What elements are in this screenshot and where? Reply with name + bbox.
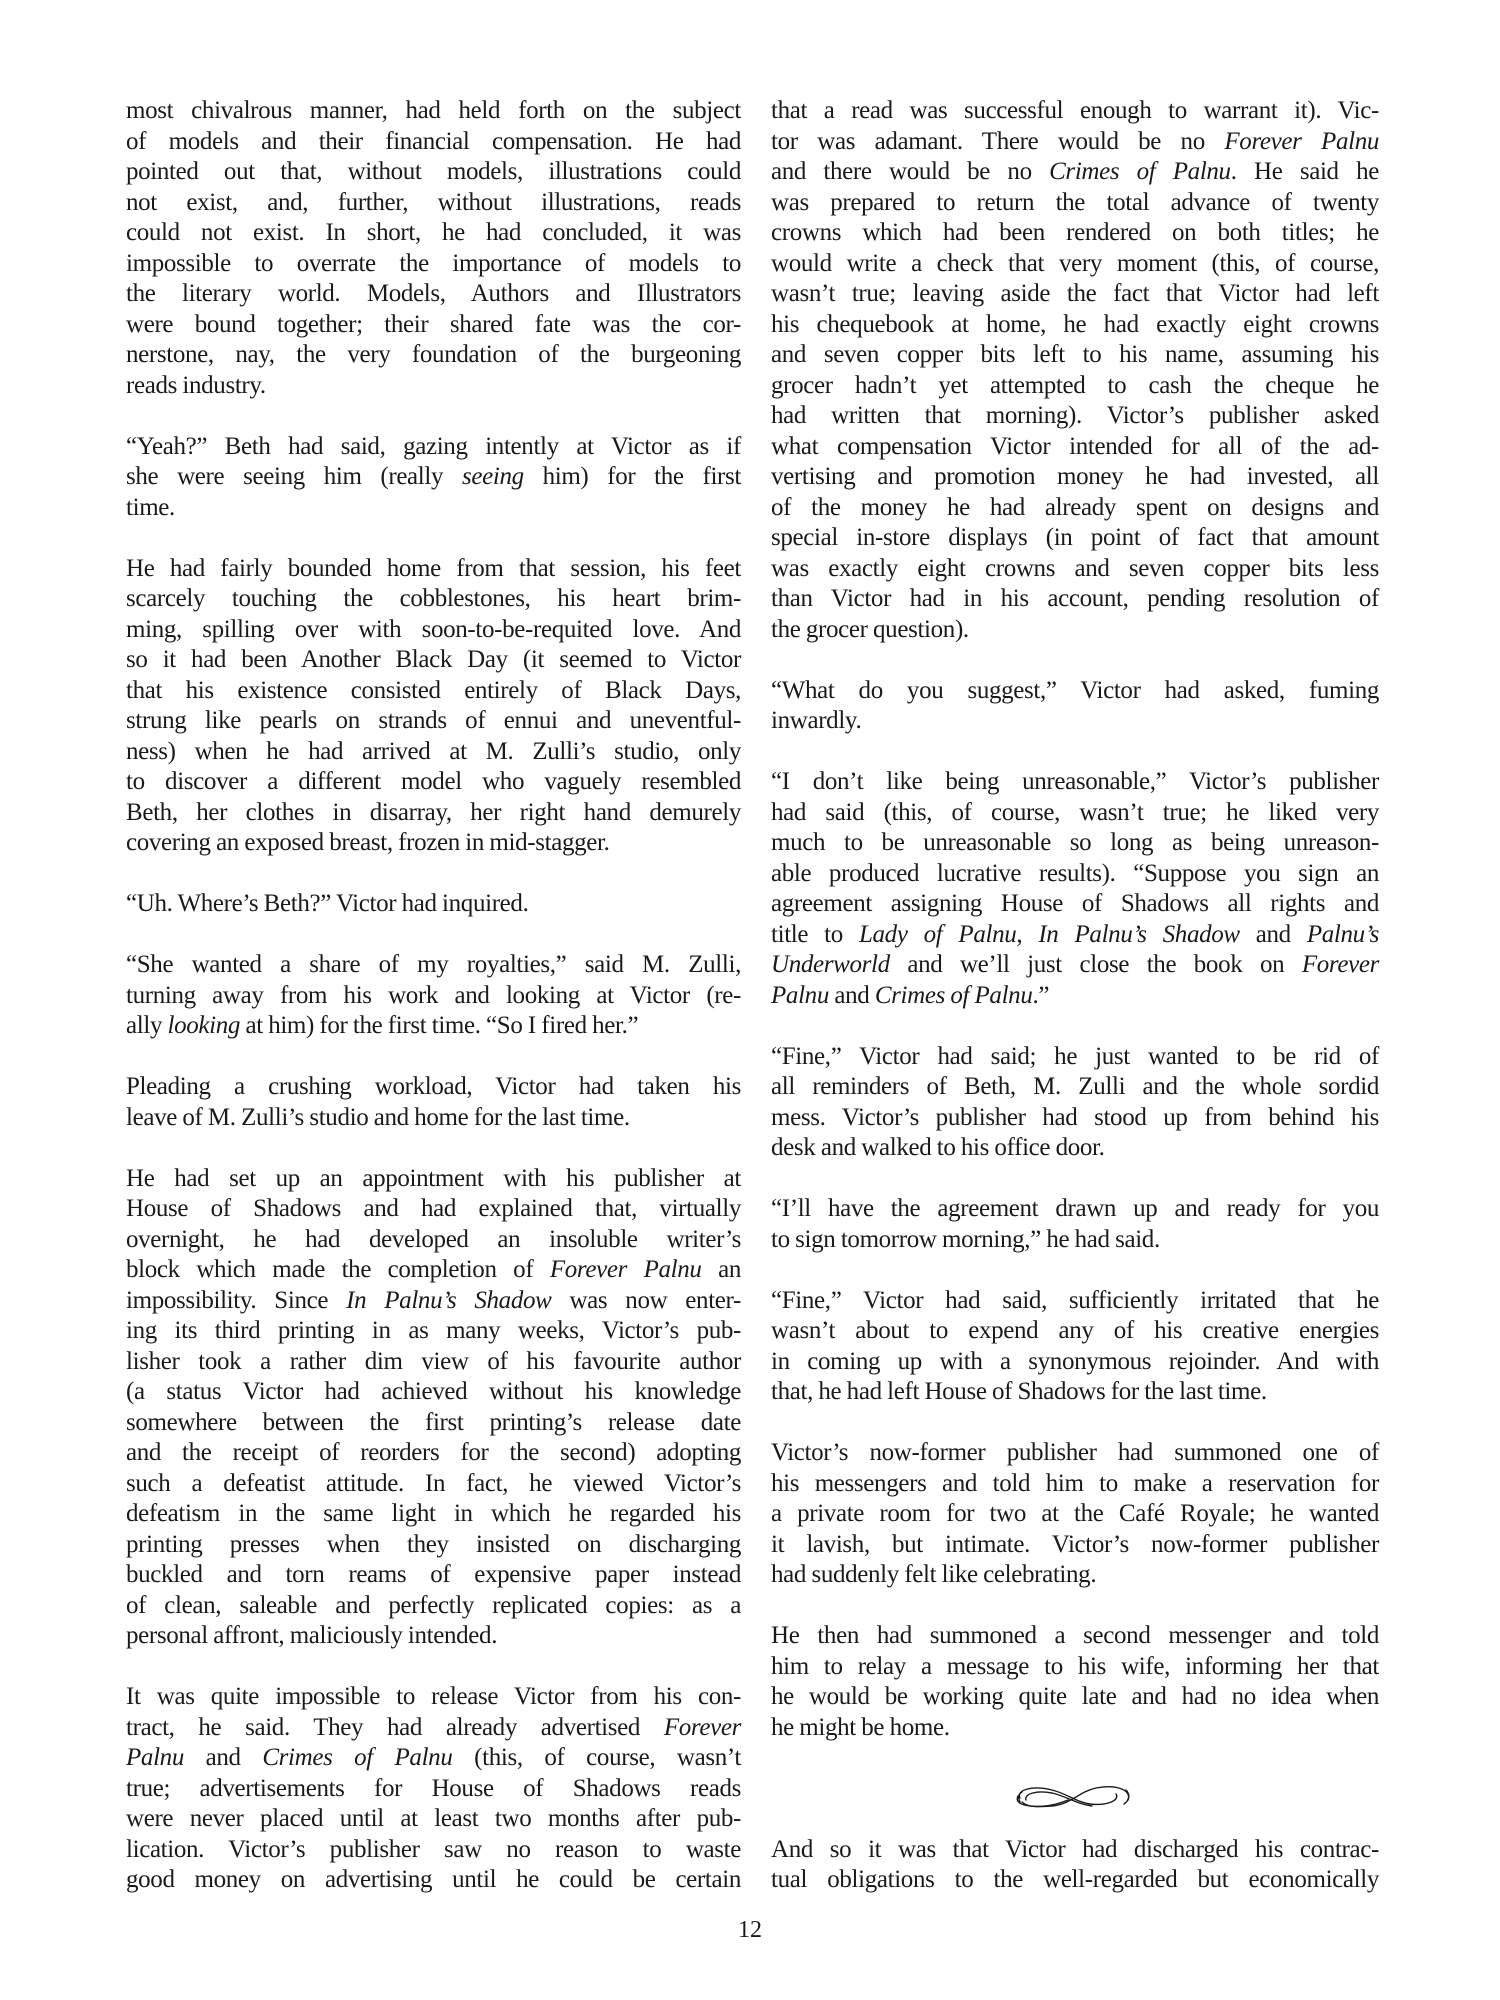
paragraph: And so it was that Victor had discharged… xyxy=(771,1835,1379,1896)
paragraph: “Fine,” Victor had said; he just wanted … xyxy=(771,1042,1379,1164)
text-line: of models and their financial compensati… xyxy=(126,127,741,158)
text-line: “She wanted a share of my royalties,” sa… xyxy=(126,950,741,981)
text-line: that his existence consisted entirely of… xyxy=(126,676,741,707)
text-line: Beth, her clothes in disarray, her right… xyxy=(126,798,741,829)
text-line: good money on advertising until he could… xyxy=(126,1865,741,1896)
text-line: special in-store displays (in point of f… xyxy=(771,523,1379,554)
italic-title: Forever Palnu xyxy=(1224,128,1379,155)
paragraph: He had set up an appointment with his pu… xyxy=(126,1164,741,1652)
text-line: would write a check that very moment (th… xyxy=(771,249,1379,280)
text-line: ing its third printing in as many weeks,… xyxy=(126,1316,741,1347)
text-line: able produced lucrative results). “Suppo… xyxy=(771,859,1379,890)
text-line: tor was adamant. There would be no Forev… xyxy=(771,127,1379,158)
text-line: covering an exposed breast, frozen in mi… xyxy=(126,828,741,859)
paragraph: “Fine,” Victor had said, sufficiently ir… xyxy=(771,1286,1379,1408)
text-line: somewhere between the first printing’s r… xyxy=(126,1408,741,1439)
text-line: printing presses when they insisted on d… xyxy=(126,1530,741,1561)
text-line: she were seeing him (really seeing him) … xyxy=(126,462,741,493)
paragraph: It was quite impossible to release Victo… xyxy=(126,1682,741,1896)
text-line: Palnu and Crimes of Palnu.” xyxy=(771,981,1379,1012)
italic-title: Forever xyxy=(664,1714,741,1741)
text-line: crowns which had been rendered on both t… xyxy=(771,218,1379,249)
text-line: vertising and promotion money he had inv… xyxy=(771,462,1379,493)
text-line: “What do you suggest,” Victor had asked,… xyxy=(771,676,1379,707)
text-line: “I’ll have the agreement drawn up and re… xyxy=(771,1194,1379,1225)
italic-title: In Palnu’s Shadow xyxy=(1038,921,1239,948)
italic-title: In Palnu’s Shadow xyxy=(346,1287,551,1314)
text-line: “Fine,” Victor had said, sufficiently ir… xyxy=(771,1286,1379,1317)
text-line: ally looking at him) for the first time.… xyxy=(126,1011,741,1042)
left-column: most chivalrous manner, had held forth o… xyxy=(126,96,741,1926)
text-line: could not exist. In short, he had conclu… xyxy=(126,218,741,249)
text-line: Victor’s now-former publisher had summon… xyxy=(771,1438,1379,1469)
text-line: tual obligations to the well-regarded bu… xyxy=(771,1865,1379,1896)
text-line: mess. Victor’s publisher had stood up fr… xyxy=(771,1103,1379,1134)
italic-title: Underworld xyxy=(771,951,890,978)
text-line: impossibility. Since In Palnu’s Shadow w… xyxy=(126,1286,741,1317)
text-line: he would be working quite late and had n… xyxy=(771,1682,1379,1713)
paragraph: He then had summoned a second messenger … xyxy=(771,1621,1379,1743)
paragraph: “Yeah?” Beth had said, gazing intently a… xyxy=(126,432,741,524)
paragraph: most chivalrous manner, had held forth o… xyxy=(126,96,741,401)
text-line: He then had summoned a second messenger … xyxy=(771,1621,1379,1652)
text-line: were bound together; their shared fate w… xyxy=(126,310,741,341)
text-line: time. xyxy=(126,493,741,524)
text-line: that a read was successful enough to war… xyxy=(771,96,1379,127)
paragraph: “Uh. Where’s Beth?” Victor had inquired. xyxy=(126,889,741,920)
italic-title: Lady of Palnu xyxy=(859,921,1016,948)
text-line: of clean, saleable and perfectly replica… xyxy=(126,1591,741,1622)
text-line: the literary world. Models, Authors and … xyxy=(126,279,741,310)
paragraph: that a read was successful enough to war… xyxy=(771,96,1379,645)
text-line: his messengers and told him to make a re… xyxy=(771,1469,1379,1500)
text-line: impossible to overrate the importance of… xyxy=(126,249,741,280)
text-line: Pleading a crushing workload, Victor had… xyxy=(126,1072,741,1103)
text-line: what compensation Victor intended for al… xyxy=(771,432,1379,463)
text-line: a private room for two at the Café Royal… xyxy=(771,1499,1379,1530)
text-line: not exist, and, further, without illustr… xyxy=(126,188,741,219)
text-line: he might be home. xyxy=(771,1713,1379,1744)
text-line: than Victor had in his account, pending … xyxy=(771,584,1379,615)
text-line: lication. Victor’s publisher saw no reas… xyxy=(126,1835,741,1866)
text-line: grocer hadn’t yet attempted to cash the … xyxy=(771,371,1379,402)
text-line: personal affront, maliciously intended. xyxy=(126,1621,741,1652)
text-line: was prepared to return the total advance… xyxy=(771,188,1379,219)
text-line: and the receipt of reorders for the seco… xyxy=(126,1438,741,1469)
text-line: House of Shadows and had explained that,… xyxy=(126,1194,741,1225)
text-line: most chivalrous manner, had held forth o… xyxy=(126,96,741,127)
text-line: so it had been Another Black Day (it see… xyxy=(126,645,741,676)
text-line: was exactly eight crowns and seven coppe… xyxy=(771,554,1379,585)
text-line: it lavish, but intimate. Victor’s now-fo… xyxy=(771,1530,1379,1561)
text-line: “Uh. Where’s Beth?” Victor had inquired. xyxy=(126,889,741,920)
text-line: such a defeatist attitude. In fact, he v… xyxy=(126,1469,741,1500)
text-line: block which made the completion of Forev… xyxy=(126,1255,741,1286)
text-line: leave of M. Zulli’s studio and home for … xyxy=(126,1103,741,1134)
paragraph: “She wanted a share of my royalties,” sa… xyxy=(126,950,741,1042)
italic-title: Palnu xyxy=(126,1744,184,1771)
text-line: He had set up an appointment with his pu… xyxy=(126,1164,741,1195)
text-line: And so it was that Victor had discharged… xyxy=(771,1835,1379,1866)
text-line: and seven copper bits left to his name, … xyxy=(771,340,1379,371)
text-line: all reminders of Beth, M. Zulli and the … xyxy=(771,1072,1379,1103)
text-line: defeatism in the same light in which he … xyxy=(126,1499,741,1530)
text-line: his chequebook at home, he had exactly e… xyxy=(771,310,1379,341)
text-line: the grocer question). xyxy=(771,615,1379,646)
text-line: agreement assigning House of Shadows all… xyxy=(771,889,1379,920)
text-line: of the money he had already spent on des… xyxy=(771,493,1379,524)
paragraph: “What do you suggest,” Victor had asked,… xyxy=(771,676,1379,737)
text-line: desk and walked to his office door. xyxy=(771,1133,1379,1164)
paragraph: Pleading a crushing workload, Victor had… xyxy=(126,1072,741,1133)
text-line: tract, he said. They had already adverti… xyxy=(126,1713,741,1744)
paragraph: Victor’s now-former publisher had summon… xyxy=(771,1438,1379,1591)
text-line: to sign tomorrow morning,” he had said. xyxy=(771,1225,1379,1256)
italic-title: Forever xyxy=(1302,951,1379,978)
paragraph: “I’ll have the agreement drawn up and re… xyxy=(771,1194,1379,1255)
italic-title: Palnu’s xyxy=(1307,921,1379,948)
italic-title: seeing xyxy=(462,463,524,490)
italic-title: Crimes of Palnu xyxy=(875,982,1033,1009)
text-line: “Fine,” Victor had said; he just wanted … xyxy=(771,1042,1379,1073)
text-line: ness) when he had arrived at M. Zulli’s … xyxy=(126,737,741,768)
text-line: “Yeah?” Beth had said, gazing intently a… xyxy=(126,432,741,463)
text-line: overnight, he had developed an insoluble… xyxy=(126,1225,741,1256)
text-line: “I don’t like being unreasonable,” Victo… xyxy=(771,767,1379,798)
text-line: had suddenly felt like celebrating. xyxy=(771,1560,1379,1591)
text-line: much to be unreasonable so long as being… xyxy=(771,828,1379,859)
text-line: lisher took a rather dim view of his fav… xyxy=(126,1347,741,1378)
text-line: buckled and torn reams of expensive pape… xyxy=(126,1560,741,1591)
text-line: to discover a different model who vaguel… xyxy=(126,767,741,798)
italic-title: Forever Palnu xyxy=(550,1256,702,1283)
book-page: most chivalrous manner, had held forth o… xyxy=(0,0,1500,2000)
text-line: ming, spilling over with soon-to-be-requ… xyxy=(126,615,741,646)
text-line: that, he had left House of Shadows for t… xyxy=(771,1377,1379,1408)
paragraph: “I don’t like being unreasonable,” Victo… xyxy=(771,767,1379,1011)
text-line: true; advertisements for House of Shadow… xyxy=(126,1774,741,1805)
text-line: It was quite impossible to release Victo… xyxy=(126,1682,741,1713)
text-line: him to relay a message to his wife, info… xyxy=(771,1652,1379,1683)
text-line: and there would be no Crimes of Palnu. H… xyxy=(771,157,1379,188)
text-line: reads industry. xyxy=(126,371,741,402)
text-line: wasn’t true; leaving aside the fact that… xyxy=(771,279,1379,310)
italic-title: Palnu xyxy=(771,982,829,1009)
infinity-flourish-ornament-icon xyxy=(1012,1776,1134,1816)
page-number: 12 xyxy=(0,1915,1500,1945)
text-line: had written that morning). Victor’s publ… xyxy=(771,401,1379,432)
text-line: were never placed until at least two mon… xyxy=(126,1804,741,1835)
text-line: Underworld and we’ll just close the book… xyxy=(771,950,1379,981)
text-line: (a status Victor had achieved without hi… xyxy=(126,1377,741,1408)
italic-title: Crimes of Palnu xyxy=(1049,158,1231,185)
text-line: turning away from his work and looking a… xyxy=(126,981,741,1012)
text-line: Palnu and Crimes of Palnu (this, of cour… xyxy=(126,1743,741,1774)
text-line: wasn’t about to expend any of his creati… xyxy=(771,1316,1379,1347)
text-line: inwardly. xyxy=(771,706,1379,737)
paragraph: He had fairly bounded home from that ses… xyxy=(126,554,741,859)
italic-title: looking xyxy=(168,1012,241,1039)
text-line: strung like pearls on strands of ennui a… xyxy=(126,706,741,737)
italic-title: Crimes of Palnu xyxy=(262,1744,452,1771)
text-line: pointed out that, without models, illust… xyxy=(126,157,741,188)
text-line: He had fairly bounded home from that ses… xyxy=(126,554,741,585)
text-line: nerstone, nay, the very foundation of th… xyxy=(126,340,741,371)
text-line: scarcely touching the cobblestones, his … xyxy=(126,584,741,615)
right-column: that a read was successful enough to war… xyxy=(771,96,1379,1926)
text-line: title to Lady of Palnu, In Palnu’s Shado… xyxy=(771,920,1379,951)
text-line: had said (this, of course, wasn’t true; … xyxy=(771,798,1379,829)
text-line: in coming up with a synonymous rejoinder… xyxy=(771,1347,1379,1378)
